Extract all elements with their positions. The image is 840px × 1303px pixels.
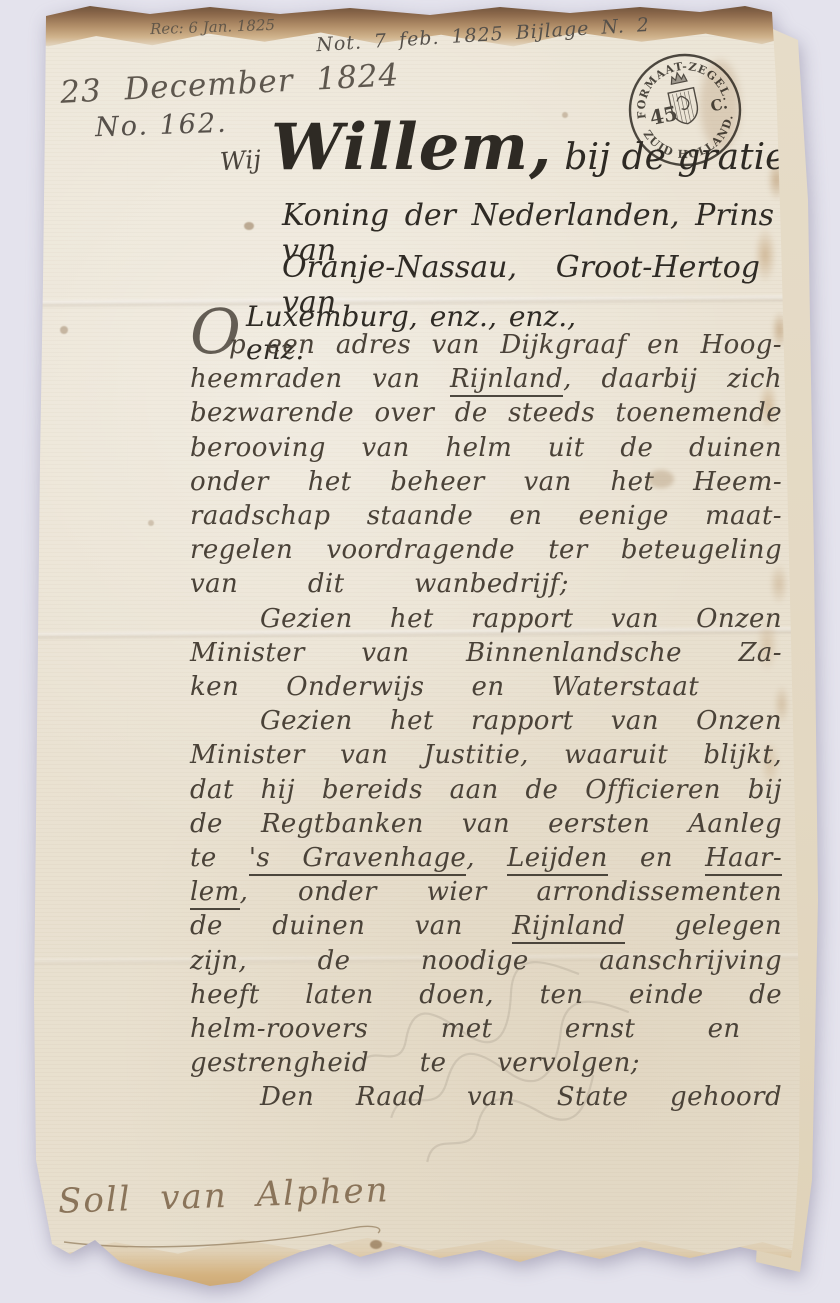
photo-background: Rec: 6 Jan. 1825 Not. 7 feb. 1825 Bijlag… [0, 0, 840, 1303]
body-line: regelen voordragende ter beteugeling [190, 533, 782, 567]
body-text: Op een adres van Dijkgraaf en Hoog-heemr… [190, 318, 782, 1115]
title-prefix: Wij [219, 145, 262, 177]
body-segment: de Regtbanken van eersten Aanleg [190, 809, 782, 839]
document-photo: Rec: 6 Jan. 1825 Not. 7 feb. 1825 Bijlag… [0, 0, 840, 1303]
body-line: ken Onderwijs en Waterstaat [190, 670, 699, 704]
king-name: Willem, [271, 110, 552, 185]
body-segment: en [608, 843, 705, 873]
body-segment: regelen voordragende ter beteugeling [190, 535, 782, 565]
body-segment: gelegen [625, 911, 782, 941]
body-line: van dit wanbedrijf; [190, 567, 569, 601]
body-segment: helm-roovers met ernst en [190, 1014, 741, 1044]
body-segment: heeft laten doen, ten einde de [190, 980, 782, 1010]
body-segment: ken Onderwijs en Waterstaat [190, 672, 699, 702]
body-line: heeft laten doen, ten einde de [190, 978, 782, 1012]
body-line: Den Raad van State gehoord [190, 1080, 782, 1114]
body-segment: de duinen van [190, 911, 512, 941]
body-segment: bezwarende over de steeds toenemende [190, 398, 782, 428]
body-line: raadschap staande en eenige maat- [190, 499, 782, 533]
royal-title-line: Wij Willem, bij de gratie Gods, [220, 110, 840, 185]
drop-cap: O [190, 318, 226, 346]
body-segment: , [466, 843, 507, 873]
stain [244, 222, 254, 230]
body-line: heemraden van Rijnland, daarbij zich [190, 362, 782, 396]
document-sheet: Rec: 6 Jan. 1825 Not. 7 feb. 1825 Bijlag… [0, 0, 840, 1303]
body-line: gestrengheid te vervolgen; [190, 1046, 640, 1080]
body-segment: zijn, de noodige aanschrijving [190, 946, 782, 976]
body-segment: Minister van Binnenlandsche Za- [190, 638, 782, 668]
body-line: de duinen van Rijnland gelegen [190, 909, 782, 943]
stain [208, 156, 215, 163]
body-segment: Den Raad van State gehoord [260, 1082, 782, 1112]
body-segment: , daarbij zich [563, 364, 782, 394]
body-segment: , onder wier arrondissementen [240, 877, 782, 907]
body-segment: te [190, 843, 249, 873]
body-line: Gezien het rapport van Onzen [190, 704, 782, 738]
stain [60, 326, 68, 334]
underlined-word: Rijnland [450, 364, 563, 397]
body-line: Gezien het rapport van Onzen [190, 602, 782, 636]
body-segment: gestrengheid te vervolgen; [190, 1048, 640, 1078]
body-segment: heemraden van [190, 364, 450, 394]
underlined-word: Leijden [507, 843, 608, 876]
body-segment: Minister van Justitie, waaruit blijkt, [190, 740, 782, 770]
body-line: te 's Gravenhage, Leijden en Haar- [190, 841, 782, 875]
body-segment: dat hij bereids aan de Officieren bij [190, 775, 782, 805]
body-segment: raadschap staande en eenige maat- [190, 501, 782, 531]
body-segment: Gezien het rapport van Onzen [260, 604, 782, 634]
body-segment: p een adres van Dijkgraaf en Hoog- [229, 330, 782, 360]
body-line: dat hij bereids aan de Officieren bij [190, 773, 782, 807]
body-segment: onder het beheer van het Heem- [190, 467, 782, 497]
body-segment: van dit wanbedrijf; [190, 569, 569, 599]
body-line: onder het beheer van het Heem- [190, 465, 782, 499]
date-note: 23 December 1824 [59, 57, 400, 111]
underlined-word: lem [190, 877, 240, 910]
body-line: zijn, de noodige aanschrijving [190, 944, 782, 978]
body-segment: berooving van helm uit de duinen [190, 433, 782, 463]
signature-flourish [52, 1212, 392, 1252]
body-line: helm-roovers met ernst en [190, 1012, 741, 1046]
underlined-word: Rijnland [512, 911, 625, 944]
body-line: berooving van helm uit de duinen [190, 431, 782, 465]
body-line: bezwarende over de steeds toenemende [190, 396, 782, 430]
body-line: de Regtbanken van eersten Aanleg [190, 807, 782, 841]
stain [148, 520, 154, 526]
number-note: No. 162. [94, 108, 228, 144]
body-line: Minister van Binnenlandsche Za- [190, 636, 782, 670]
body-segment: Gezien het rapport van Onzen [260, 706, 782, 736]
body-line: Minister van Justitie, waaruit blijkt, [190, 738, 782, 772]
body-line: lem, onder wier arrondissementen [190, 875, 782, 909]
underlined-word: 's Gravenhage [249, 843, 466, 876]
underlined-word: Haar- [705, 843, 782, 876]
body-line: Op een adres van Dijkgraaf en Hoog- [190, 318, 782, 362]
